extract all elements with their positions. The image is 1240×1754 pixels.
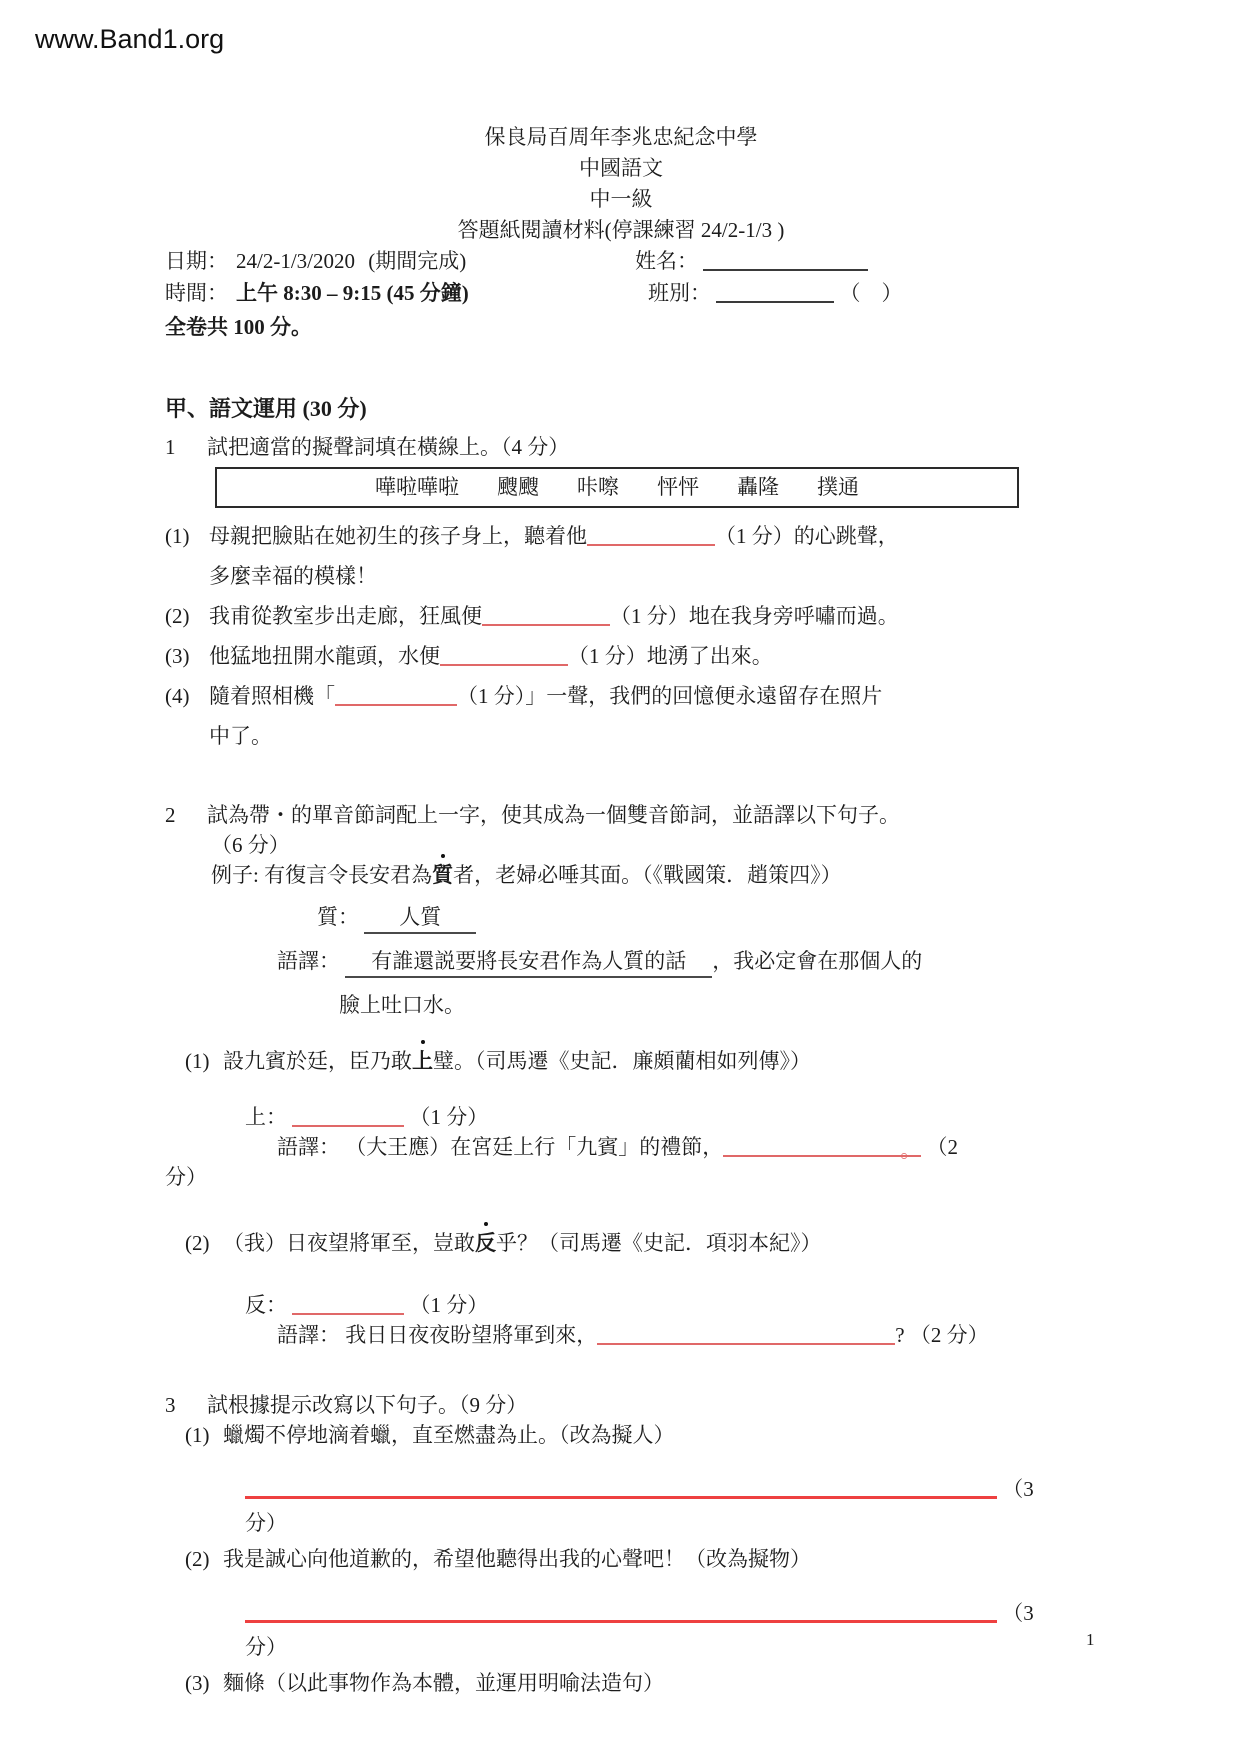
class-paren: （ ） — [840, 281, 903, 305]
item-text: 璧。（司馬遷《史記．廉頗藺相如列傳》） — [433, 1049, 811, 1073]
answer-blank[interactable] — [597, 1323, 895, 1345]
class-field-blank[interactable] — [716, 281, 834, 303]
translation-text: ，我必定會在那個人的 — [712, 949, 922, 973]
translation-label: 語譯： — [277, 949, 340, 973]
paper-title: 答題紙閱讀材料(停課練習 24/2-1/3 ) — [165, 215, 1077, 246]
q2-item-1-mark-cont: 分） — [165, 1162, 1077, 1192]
example-label: 例子: — [211, 863, 259, 887]
item-number: (2) — [165, 1228, 223, 1258]
item-text: （我）日夜望將軍至，豈敢 — [223, 1231, 475, 1255]
example-text: 者，老婦必唾其面。（《戰國策．趙策四》） — [453, 863, 842, 887]
item-number: (3) — [165, 1668, 223, 1698]
q1-prompt-row: 1 試把適當的擬聲詞填在橫線上。（4 分） — [165, 432, 1077, 463]
mark-label: （2 — [927, 1135, 959, 1159]
mark-label: （1 分） — [410, 1293, 489, 1317]
q3-item-1: (1) 蠟燭不停地滴着蠟，直至燃盡為止。（改為擬人） — [165, 1420, 1077, 1450]
q1-item-2: (2) 我甫從教室步出走廊，狂風便（1 分）地在我身旁呼嘯而過。 — [165, 596, 1077, 636]
dotted-char: 上 — [412, 1046, 433, 1076]
dotted-char: 反 — [475, 1228, 496, 1258]
school-name: 保良局百周年李兆忠紀念中學 — [165, 122, 1077, 153]
q2-item-2: (2) （我）日夜望將軍至，豈敢反乎？（司馬遷《史記．項羽本紀》） — [165, 1228, 1077, 1258]
answer-blank[interactable]: 。 — [723, 1135, 921, 1157]
q3-item-3: (3) 麵條（以此事物作為本體，並運用明喻法造句） — [165, 1668, 1077, 1698]
q3-item-1-answer-row: （3 — [245, 1474, 1077, 1504]
item-text: 他猛地扭開水龍頭，水便 — [209, 644, 440, 668]
word-bank-item: 颼颼 — [497, 472, 539, 503]
word-label: 反： — [245, 1293, 287, 1317]
q2-item-1-translation-row: 語譯： （大王應）在宮廷上行「九賓」的禮節，。 （2 — [277, 1132, 1077, 1162]
item-number: (3) — [165, 636, 209, 676]
q2-item-1-word-row: 上： （1 分） — [245, 1102, 1077, 1132]
q2-example-translation-row: 語譯： 有誰還説要將長安君作為人質的話，我必定會在那個人的 臉上吐口水。 — [277, 946, 1077, 1020]
mark-label: （1 分） — [715, 524, 794, 548]
word-answer: 人質 — [364, 902, 476, 934]
mark-label: （1 分） — [610, 604, 689, 628]
translation-label: 語譯： — [277, 1323, 340, 1347]
section-a-title: 甲、語文運用 (30 分) — [165, 393, 1077, 424]
blank-punct: 。 — [900, 1138, 921, 1162]
item-text: 地在我身旁呼嘯而過。 — [689, 604, 899, 628]
mark-label: （3 — [1002, 1601, 1034, 1625]
item-text-cont: 中了。 — [209, 716, 1077, 756]
total-marks: 全卷共 100 分。 — [165, 312, 1077, 343]
item-text: 設九賓於廷，臣乃敢 — [223, 1049, 412, 1073]
mark-label: （1 分） — [568, 644, 647, 668]
item-text-cont: 多麼幸福的模樣！ — [209, 556, 1077, 596]
subject-name: 中國語文 — [165, 153, 1077, 184]
item-text: 蠟燭不停地滴着蠟，直至燃盡為止。（改為擬人） — [223, 1420, 1077, 1450]
item-text: 的心跳聲， — [794, 524, 899, 548]
question-2: 2 試為帶・的單音節詞配上一字，使其成為一個雙音節詞，並語譯以下句子。 （6 分… — [165, 800, 1077, 1350]
word-bank-item: 怦怦 — [657, 472, 699, 503]
date-label: 日期： — [165, 246, 228, 277]
paper-header: 保良局百周年李兆忠紀念中學 中國語文 中一級 答題紙閱讀材料(停課練習 24/2… — [165, 122, 1077, 246]
mark-label: （1 分） — [410, 1105, 489, 1129]
q2-number: 2 — [165, 800, 207, 830]
item-text: 我是誠心向他道歉的，希望他聽得出我的心聲吧！（改為擬物） — [223, 1544, 1077, 1574]
translation-text: （大王應）在宮廷上行「九賓」的禮節， — [345, 1135, 723, 1159]
q1-number: 1 — [165, 432, 207, 463]
q3-item-2: (2) 我是誠心向他道歉的，希望他聽得出我的心聲吧！（改為擬物） — [165, 1544, 1077, 1574]
item-number: (2) — [165, 596, 209, 636]
answer-line[interactable] — [245, 1602, 997, 1623]
item-number: (2) — [165, 1544, 223, 1574]
q1-word-bank: 嘩啦嘩啦 颼颼 咔嚓 怦怦 轟隆 撲通 — [215, 467, 1019, 508]
name-label: 姓名： — [635, 249, 698, 273]
mark-label: （3 — [1002, 1477, 1034, 1501]
example-text: 有復言令長安君為 — [264, 863, 432, 887]
q2-example-word-row: 質： 人質 — [317, 902, 1077, 934]
blank-punct: ? — [895, 1323, 904, 1347]
q3-prompt-row: 3 試根據提示改寫以下句子。（9 分） — [165, 1390, 1077, 1420]
translation-answer: 有誰還説要將長安君作為人質的話 — [345, 946, 712, 978]
q1-prompt: 試把適當的擬聲詞填在橫線上。（4 分） — [207, 432, 1077, 463]
form-level: 中一級 — [165, 184, 1077, 215]
q2-item-2-word-row: 反： （1 分） — [245, 1290, 1077, 1320]
word-label: 質： — [317, 905, 359, 929]
page-number: 1 — [1086, 1630, 1095, 1650]
answer-blank[interactable] — [335, 684, 457, 706]
answer-line[interactable] — [245, 1478, 997, 1499]
q2-prompt-row: 2 試為帶・的單音節詞配上一字，使其成為一個雙音節詞，並語譯以下句子。 — [165, 800, 1077, 830]
word-bank-item: 撲通 — [817, 472, 859, 503]
q1-items: (1) 母親把臉貼在她初生的孩子身上，聽着他（1 分）的心跳聲， 多麼幸福的模樣… — [165, 516, 1077, 756]
time-label: 時間： — [165, 278, 228, 309]
item-text: 乎？（司馬遷《史記．項羽本紀》） — [496, 1231, 822, 1255]
word-label: 上： — [245, 1105, 287, 1129]
item-text: 我甫從教室步出走廊，狂風便 — [209, 604, 482, 628]
dotted-char: 質 — [432, 860, 453, 890]
translation-text: 我日日夜夜盼望將軍到來， — [345, 1323, 597, 1347]
item-text: 隨着照相機「 — [209, 684, 335, 708]
q3-item-2-answer-row: （3 — [245, 1598, 1077, 1628]
q2-prompt: 試為帶・的單音節詞配上一字，使其成為一個雙音節詞，並語譯以下句子。 — [207, 800, 1077, 830]
q3-item-1-mark-cont: 分） — [245, 1508, 1077, 1538]
q1-item-3: (3) 他猛地扭開水龍頭，水便（1 分）地湧了出來。 — [165, 636, 1077, 676]
mark-label: （1 分） — [457, 684, 525, 708]
q3-number: 3 — [165, 1390, 207, 1420]
time-row: 時間：上午 8:30 – 9:15 (45 分鐘) 班別： （ ） — [165, 278, 1077, 310]
item-text: 麵條（以此事物作為本體，並運用明喻法造句） — [223, 1668, 1077, 1698]
item-text: 母親把臉貼在她初生的孩子身上，聽着他 — [209, 524, 587, 548]
mark-label: （2 分） — [910, 1323, 989, 1347]
q3-prompt: 試根據提示改寫以下句子。（9 分） — [207, 1390, 1077, 1420]
date-value: 24/2-1/3/2020 — [236, 246, 355, 277]
q2-item-1: (1) 設九賓於廷，臣乃敢上璧。（司馬遷《史記．廉頗藺相如列傳》） — [165, 1046, 1077, 1076]
site-watermark: www.Band1.org — [35, 24, 224, 55]
word-bank-item: 轟隆 — [737, 472, 779, 503]
translation-text-cont: 臉上吐口水。 — [339, 990, 1077, 1020]
date-row: 日期：24/2-1/3/2020 (期間完成) 姓名： — [165, 246, 1077, 278]
exam-paper-page: www.Band1.org 保良局百周年李兆忠紀念中學 中國語文 中一級 答題紙… — [0, 0, 1240, 1754]
item-text: 」一聲，我們的回憶便永遠留存在照片 — [525, 684, 882, 708]
item-number: (1) — [165, 1420, 223, 1450]
item-number: (4) — [165, 676, 209, 756]
translation-label: 語譯： — [277, 1135, 340, 1159]
time-value: 上午 8:30 – 9:15 (45 分鐘) — [236, 281, 469, 305]
answer-blank[interactable] — [292, 1293, 404, 1315]
q1-item-1: (1) 母親把臉貼在她初生的孩子身上，聽着他（1 分）的心跳聲， 多麼幸福的模樣… — [165, 516, 1077, 596]
answer-blank[interactable] — [482, 604, 610, 626]
answer-blank[interactable] — [587, 524, 715, 546]
word-bank-item: 咔嚓 — [577, 472, 619, 503]
q1-item-4: (4) 隨着照相機「（1 分）」一聲，我們的回憶便永遠留存在照片 中了。 — [165, 676, 1077, 756]
item-text: 地湧了出來。 — [647, 644, 773, 668]
q3-item-2-mark-cont: 分） — [245, 1632, 1077, 1662]
q2-example-sentence: 例子: 有復言令長安君為質者，老婦必唾其面。（《戰國策．趙策四》） — [211, 860, 1077, 890]
item-number: (1) — [165, 516, 209, 596]
q2-item-2-translation-row: 語譯： 我日日夜夜盼望將軍到來，? （2 分） — [277, 1320, 1077, 1350]
answer-blank[interactable] — [292, 1105, 404, 1127]
date-note: (期間完成) — [368, 246, 466, 277]
class-label: 班別： — [648, 281, 711, 305]
name-field-blank[interactable] — [703, 249, 868, 271]
answer-blank[interactable] — [440, 644, 568, 666]
question-3: 3 試根據提示改寫以下句子。（9 分） (1) 蠟燭不停地滴着蠟，直至燃盡為止。… — [165, 1390, 1077, 1698]
page-content: 保良局百周年李兆忠紀念中學 中國語文 中一級 答題紙閱讀材料(停課練習 24/2… — [165, 122, 1077, 1698]
word-bank-item: 嘩啦嘩啦 — [375, 472, 459, 503]
item-number: (1) — [165, 1046, 223, 1076]
q2-marks: （6 分） — [211, 830, 1077, 860]
